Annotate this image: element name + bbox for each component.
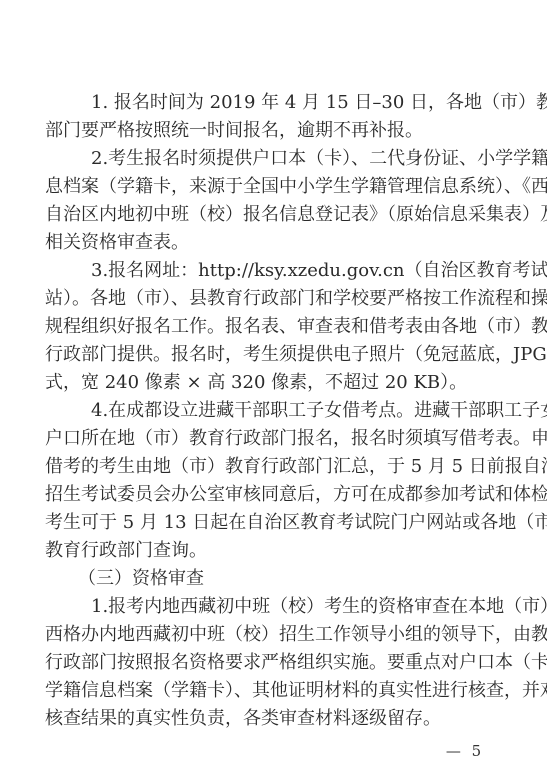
paragraph-line: 招生考试委员会办公室审核同意后，方可在成都参加考试和体检。 [45, 481, 507, 509]
paragraph-line: 4.在成都设立进藏干部职工子女借考点。进藏干部职工子女在 [91, 397, 507, 425]
paragraph-line: 相关资格审查表。 [45, 229, 507, 257]
paragraph-line: 考生可于 5 月 13 日起在自治区教育考试院门户网站或各地（市） [45, 509, 507, 537]
paragraph-line: 站）。各地（市）、县教育行政部门和学校要严格按工作流程和操作 [45, 285, 507, 313]
paragraph-line: 1.报考内地西藏初中班（校）考生的资格审查在本地（市）、 [91, 593, 507, 621]
paragraph-line: 1. 报名时间为 2019 年 4 月 15 日–30 日，各地（市）教育行政 [91, 89, 507, 117]
paragraph-line: 行政部门提供。报名时，考生须提供电子照片（免冠蓝底，JPG 格 [45, 341, 507, 369]
paragraph-line: 2.考生报名时须提供户口本（卡）、二代身份证、小学学籍信 [91, 145, 507, 173]
paragraph-line: 3.报名网址：http://ksy.xzedu.gov.cn（自治区教育考试院门… [91, 257, 507, 285]
paragraph-line: 行政部门按照报名资格要求严格组织实施。要重点对户口本（卡）、 [45, 649, 507, 677]
paragraph-line: 借考的考生由地（市）教育行政部门汇总，于 5 月 5 日前报自治区 [45, 453, 507, 481]
paragraph-line: 自治区内地初中班（校）报名信息登记表》（原始信息采集表）及 [45, 201, 507, 229]
paragraph-line: 息档案（学籍卡，来源于全国中小学生学籍管理信息系统）、《西藏 [45, 173, 507, 201]
paragraph-line: 核查结果的真实性负责，各类审查材料逐级留存。 [45, 705, 507, 733]
paragraph-line: 部门要严格按照统一时间报名，逾期不再补报。 [45, 117, 507, 145]
paragraph-line: 式，宽 240 像素 × 高 320 像素，不超过 20 KB）。 [45, 369, 507, 397]
paragraph-line: 西格办内地西藏初中班（校）招生工作领导小组的领导下，由教育 [45, 621, 507, 649]
paragraph-line: 教育行政部门查询。 [45, 537, 507, 565]
paragraph-line: 学籍信息档案（学籍卡）、其他证明材料的真实性进行核查，并对 [45, 677, 507, 705]
paragraph-line: 户口所在地（市）教育行政部门报名，报名时须填写借考表。申请 [45, 425, 507, 453]
page-number: — 5 — [435, 740, 495, 762]
document-page: 1. 报名时间为 2019 年 4 月 15 日–30 日，各地（市）教育行政 … [0, 0, 547, 771]
section-heading: （三）资格审查 [78, 565, 378, 593]
paragraph-line: 规程组织好报名工作。报名表、审查表和借考表由各地（市）教育 [45, 313, 507, 341]
